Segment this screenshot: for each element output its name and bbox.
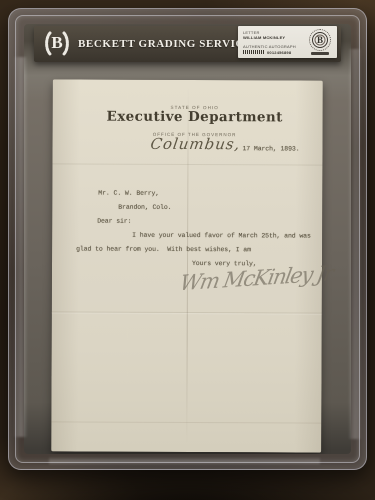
letter-document: STATE OF OHIO Executive Department OFFIC… [51,79,323,452]
slab-bevel-edge: B BECKETT GRADING SERVICES LETTER WILLIA… [15,15,360,463]
beckett-logo: B [43,30,71,58]
cert-label-text: LETTER WILLIAM MCKINLEY AUTHENTIC AUTOGR… [243,30,307,55]
barcode-icon [243,50,265,54]
letterhead-department: Executive Department [53,108,323,125]
cert-number: 0012456898 [267,50,291,55]
beckett-b-icon: B [43,33,71,53]
salutation: Dear sir: [97,218,131,225]
seal-letter: B [312,32,328,48]
brand-title: BECKETT GRADING SERVICES [78,38,259,50]
grading-slab: B BECKETT GRADING SERVICES LETTER WILLIA… [8,8,367,470]
photo-scene: B BECKETT GRADING SERVICES LETTER WILLIA… [0,0,375,500]
typed-date: 17 March, 1893. [242,145,299,152]
body-line-2: glad to hear from you. With best wishes,… [76,246,251,254]
cert-number-row: 0012456898 [243,50,307,55]
cert-designation: AUTHENTIC AUTOGRAPH [243,44,307,49]
beckett-label-bar: B BECKETT GRADING SERVICES LETTER WILLIA… [34,26,341,62]
cert-label: LETTER WILLIAM MCKINLEY AUTHENTIC AUTOGR… [238,26,337,58]
slab-interior: B BECKETT GRADING SERVICES LETTER WILLIA… [24,24,351,454]
beckett-seal-icon: B [307,28,335,56]
recipient-name: Mr. C. W. Berry, [98,190,159,197]
body-line-1: I have your valued favor of March 25th, … [132,232,311,240]
recipient-place: Brandon, Colo. [118,204,171,211]
seal-ribbon [311,52,329,55]
